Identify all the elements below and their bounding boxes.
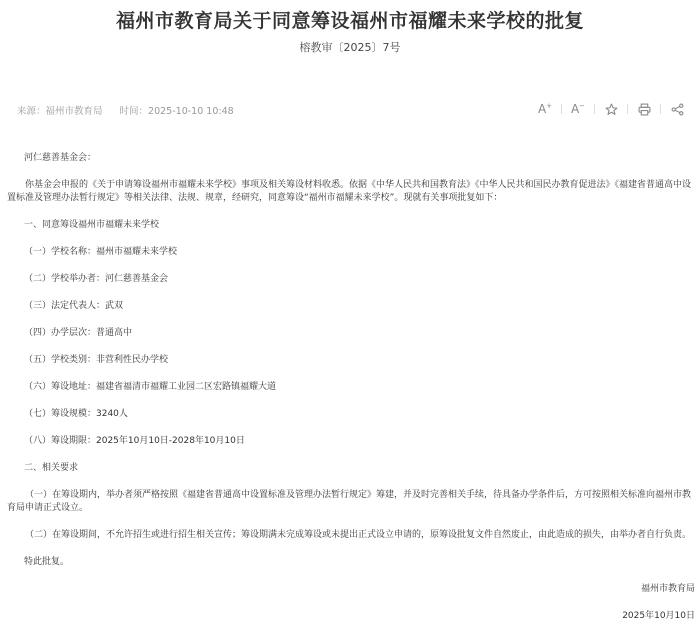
font-decrease-icon: A−: [571, 102, 585, 116]
article-toolbar: A+ A−: [536, 100, 686, 118]
share-button[interactable]: [668, 100, 686, 118]
print-icon: [638, 103, 651, 116]
signature: 福州市教育局: [7, 583, 695, 596]
publish-time: 时间：2025-10-10 10:48: [120, 106, 234, 117]
section-1-item: （二）学校举办者：河仁慈善基金会: [7, 273, 695, 286]
signature-date: 2025年10月10日: [7, 610, 695, 623]
font-decrease-button[interactable]: A−: [569, 100, 587, 118]
divider: [561, 104, 562, 114]
document-number: 榕教审〔2025〕7号: [0, 39, 700, 55]
salutation: 河仁慈善基金会：: [7, 152, 695, 165]
font-increase-button[interactable]: A+: [536, 100, 554, 118]
section-1-title: 一、同意筹设福州市福耀未来学校: [7, 219, 695, 232]
section-2-title: 二、相关要求: [7, 462, 695, 475]
article-body: 河仁慈善基金会： 你基金会申报的《关于申请筹设福州市福耀未来学校》事项及相关筹设…: [7, 152, 695, 637]
page-title: 福州市教育局关于同意筹设福州市福耀未来学校的批复: [0, 6, 700, 33]
section-2-item: （二）在筹设期间，不允许招生或进行招生相关宣传；筹设期满未完成筹设或未提出正式设…: [7, 529, 695, 542]
section-1-item: （三）法定代表人：武双: [7, 300, 695, 313]
closing: 特此批复。: [7, 556, 695, 569]
article-meta: 来源：福州市教育局 时间：2025-10-10 10:48: [17, 103, 248, 117]
star-icon: [605, 103, 618, 116]
divider: [660, 104, 661, 114]
section-1-item: （八）筹设期限：2025年10月10日-2028年10月10日: [7, 435, 695, 448]
divider: [594, 104, 595, 114]
source-label: 来源：福州市教育局: [17, 106, 103, 117]
section-1-item: （一）学校名称：福州市福耀未来学校: [7, 246, 695, 259]
favorite-button[interactable]: [602, 100, 620, 118]
section-1-item: （四）办学层次：普通高中: [7, 327, 695, 340]
intro-paragraph: 你基金会申报的《关于申请筹设福州市福耀未来学校》事项及相关筹设材料收悉。依据《中…: [7, 179, 695, 205]
section-1-item: （六）筹设地址：福建省福清市福耀工业园二区宏路镇福耀大道: [7, 381, 695, 394]
font-increase-icon: A+: [538, 102, 552, 116]
section-2-item: （一）在筹设期内，举办者须严格按照《福建省普通高中设置标准及管理办法暂行规定》筹…: [7, 489, 695, 515]
section-1-item: （五）学校类别：非营利性民办学校: [7, 354, 695, 367]
share-icon: [671, 103, 684, 116]
divider: [627, 104, 628, 114]
print-button[interactable]: [635, 100, 653, 118]
section-1-item: （七）筹设规模：3240人: [7, 408, 695, 421]
